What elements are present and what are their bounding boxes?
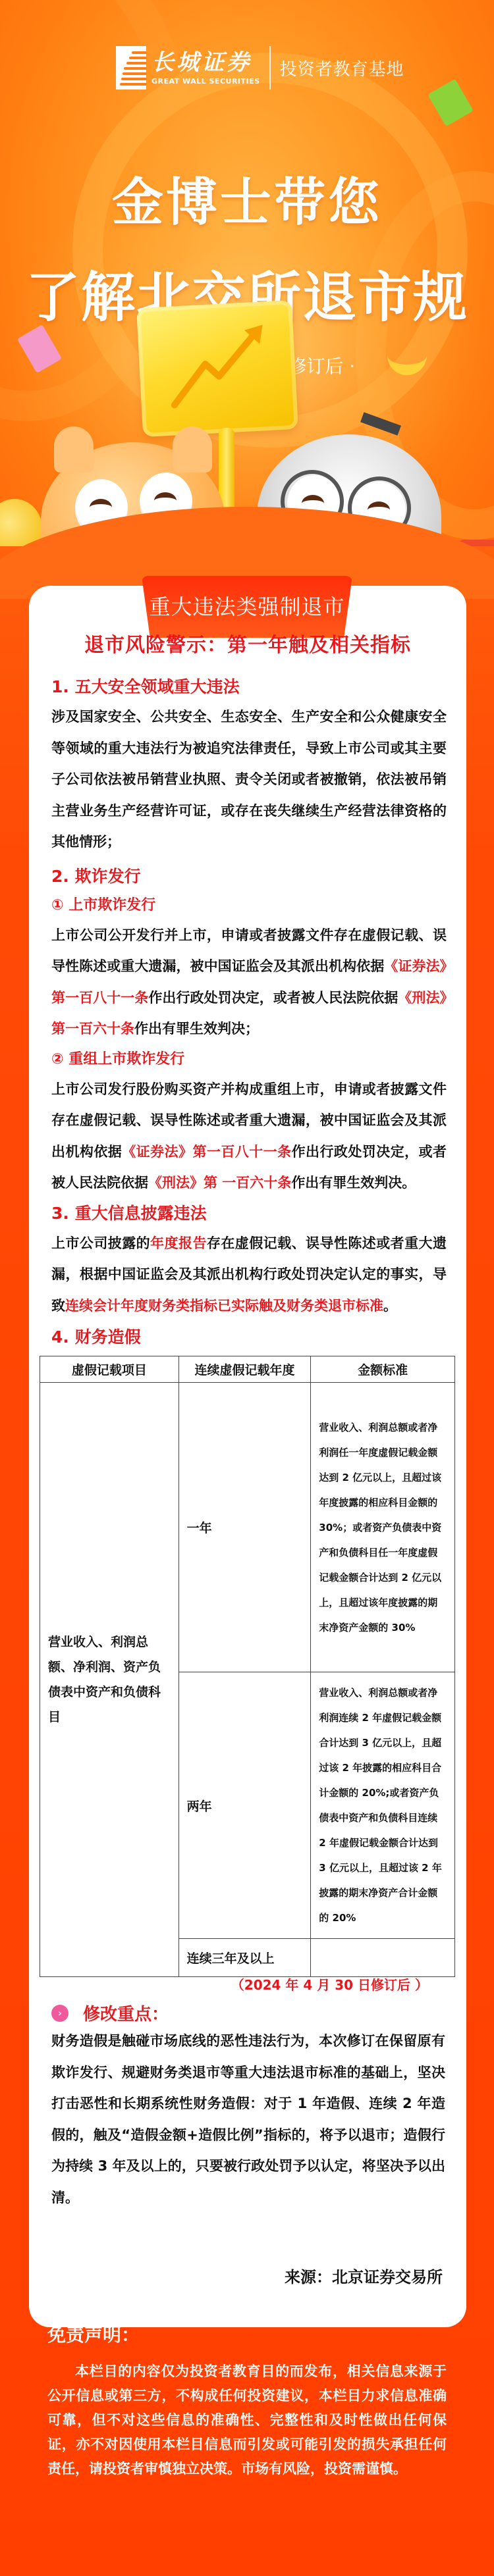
years-cell: 一年 [178, 1383, 311, 1672]
hero-banner: 长城证券 GREAT WALL SECURITIES 投资者教育基地 金博士带您… [0, 0, 494, 546]
item-paragraph: 上市公司披露的年度报告存在虚假记载、误导性陈述或者重大遗漏，根据中国证监会及其派… [51, 1228, 447, 1322]
item-heading: 2. 欺诈发行 [51, 862, 447, 891]
chevron-right-icon: › [51, 2005, 69, 2022]
divider [269, 46, 271, 90]
item-paragraph: 上市公司发行股份购买资产并构成重组上市，申请或者披露文件存在虚假记载、误导性陈述… [51, 1074, 447, 1199]
revision-note: （2024 年 4 月 30 日修订后 ） [40, 1974, 428, 1994]
text: 作出有罪生效判决； [134, 1021, 259, 1037]
key-points-body: 财务造假是触碰市场底线的恶性违法行为，本次修订在保留原有欺诈发行、规避财务类退市… [51, 2026, 445, 2213]
text: 作出行政处罚决定，或者被人民法院依据 [148, 990, 398, 1006]
standard-cell: 营业收入、利润总额或者净利润连续 2 年虚假记载金额合计达到 3 亿元以上，且超… [311, 1672, 455, 1939]
disclaimer-title: 免责声明： [47, 2321, 140, 2347]
key-points-header: › 修改重点： [51, 2001, 169, 2025]
law-reference: 《刑法》第 一百六十条 [148, 1175, 291, 1191]
rules-content: 1. 五大安全领域重大违法 涉及国家安全、公共安全、生态安全、生产安全和公众健康… [51, 673, 447, 1352]
standard-cell: 营业收入、利润总额或者净利润任一年度虚假记载金额达到 2 亿元以上，且超过该年度… [311, 1383, 455, 1672]
owl-ear [173, 426, 212, 473]
item-heading: 3. 重大信息披露违法 [51, 1199, 447, 1228]
source-label: 来源：北京证券交易所 [29, 2264, 443, 2287]
confetti-icon [427, 79, 474, 126]
brand-name: 长城证券 GREAT WALL SECURITIES [151, 49, 260, 87]
chart-sign-icon [136, 300, 298, 437]
text: 。 [383, 1298, 397, 1314]
column-header: 虚假记载项目 [40, 1356, 179, 1383]
highlight: 年度报告 [150, 1235, 207, 1251]
column-header: 金额标准 [311, 1356, 455, 1383]
item-heading: 4. 财务造假 [51, 1323, 447, 1352]
key-points-title: 修改重点： [83, 2001, 169, 2025]
table-header-row: 虚假记载项目 连续虚假记载年度 金额标准 [40, 1356, 455, 1383]
trend-up-icon [164, 321, 274, 412]
standard-cell [311, 1939, 455, 1977]
risk-warning-title: 退市风险警示：第一年触及相关指标 [29, 629, 466, 657]
highlight: 连续会计年度财务类指标已实际触及财务类退市标准 [65, 1298, 383, 1314]
law-reference: 《证券法》第一百八十一条 [122, 1144, 291, 1160]
item-cell: 营业收入、利润总额、净利润、资产负债表中资产和负债科目 [40, 1383, 179, 1977]
great-wall-logo-icon [116, 46, 146, 90]
item-paragraph: 上市公司公开发行并上市，申请或者披露文件存在虚假记载、误导性陈述或重大遗漏，被中… [51, 920, 447, 1045]
sub-heading: ① 上市欺诈发行 [51, 891, 447, 920]
text: 上市公司披露的 [51, 1235, 150, 1251]
years-cell: 连续三年及以上 [178, 1939, 311, 1977]
item-heading: 1. 五大安全领域重大违法 [51, 673, 447, 702]
years-cell: 两年 [178, 1672, 311, 1939]
brand-header: 长城证券 GREAT WALL SECURITIES 投资者教育基地 [116, 45, 404, 91]
item-paragraph: 涉及国家安全、公共安全、生态安全、生产安全和公众健康安全等领域的重大违法行为被追… [51, 702, 447, 858]
page-title-line1: 金博士带您 [0, 170, 494, 236]
financial-fraud-table: 虚假记载项目 连续虚假记载年度 金额标准 营业收入、利润总额、净利润、资产负债表… [40, 1356, 455, 1977]
disclaimer-body: 本栏目的内容仅为投资者教育目的而发布，相关信息来源于公开信息或第三方，不构成任何… [47, 2359, 447, 2481]
page: 长城证券 GREAT WALL SECURITIES 投资者教育基地 金博士带您… [0, 0, 494, 2576]
brand-cn: 长城证券 [151, 49, 260, 76]
column-header: 连续虚假记载年度 [178, 1356, 311, 1383]
brand-en: GREAT WALL SECURITIES [151, 76, 260, 87]
table-row: 营业收入、利润总额、净利润、资产负债表中资产和负债科目 一年 营业收入、利润总额… [40, 1383, 455, 1672]
brand-subtitle: 投资者教育基地 [280, 56, 404, 80]
text: 作出有罪生效判决。 [291, 1175, 416, 1191]
owl-ear [54, 426, 94, 473]
sub-heading: ② 重组上市欺诈发行 [51, 1045, 447, 1074]
